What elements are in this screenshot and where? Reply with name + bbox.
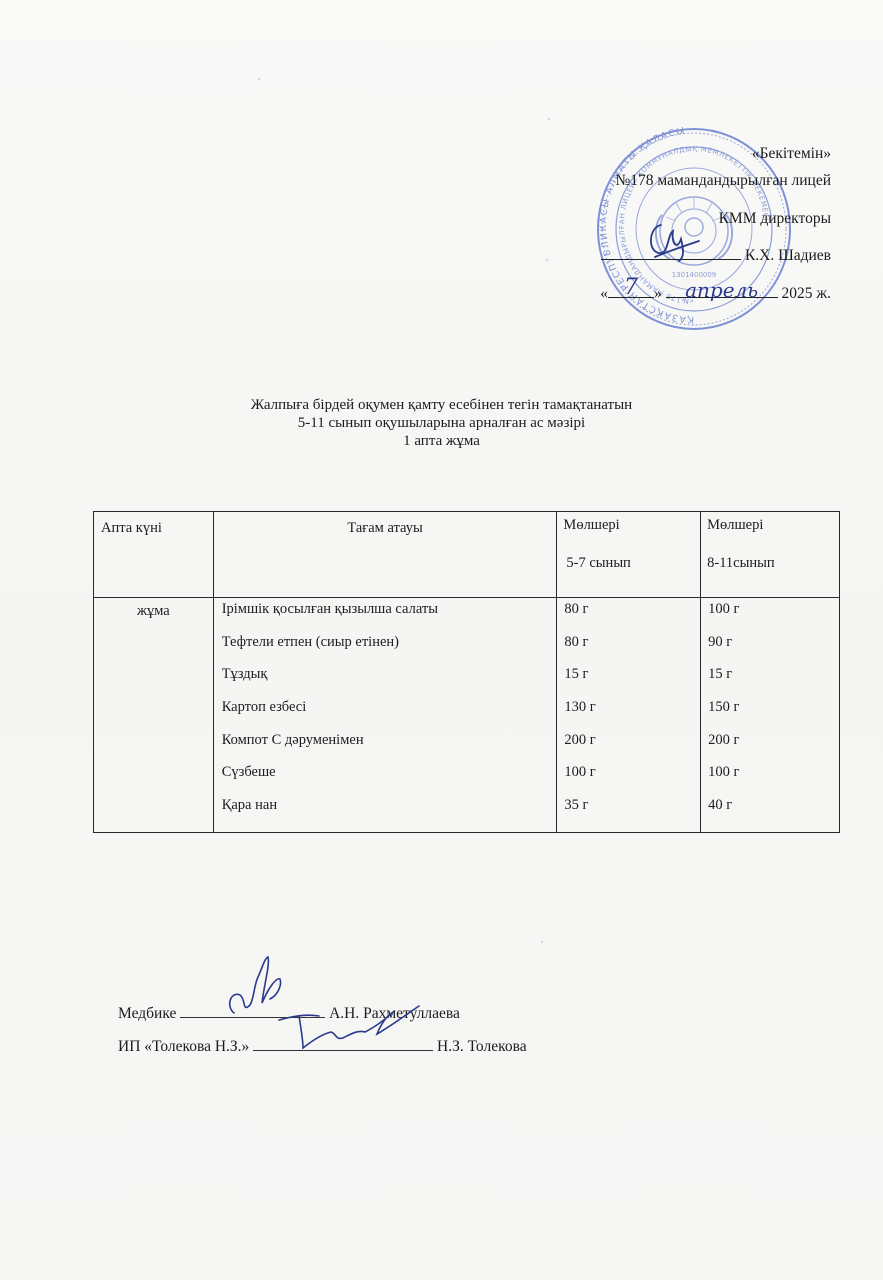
qty-5-7-value: 100 г	[557, 761, 700, 794]
director-name: К.Х. Шадиев	[745, 247, 831, 264]
table-header-row: Апта күні Тағам атауы Мөлшері 5-7 сынып …	[94, 512, 840, 598]
signature-blank	[601, 245, 741, 260]
institution-name: №178 мамандандырылған лицей	[615, 173, 831, 189]
dish-list: Ірімшік қосылған қызылша салатыТефтели е…	[213, 598, 557, 833]
supplier-signature-row: ИП «Толекова Н.З.» Н.З. Толекова	[118, 1036, 527, 1056]
dish-name: Сүзбеше	[214, 761, 557, 794]
scan-speck	[541, 941, 543, 943]
date-day-handwritten: 7	[624, 277, 638, 299]
qty-5-7-list: 80 г80 г15 г130 г200 г100 г35 г	[557, 598, 701, 833]
scan-speck	[548, 118, 550, 120]
date-month-blank: апрель	[666, 283, 778, 298]
supplier-signature-blank	[253, 1036, 433, 1051]
dish-name: Компот С дәруменімен	[214, 729, 557, 762]
qty-5-7-value: 35 г	[557, 794, 700, 827]
approval-date: «7» апрель 2025 ж.	[600, 283, 831, 302]
qty-8-11-value: 150 г	[701, 696, 839, 729]
header-qty-5-7: Мөлшері 5-7 сынып	[557, 512, 701, 598]
qty-8-11-value: 40 г	[701, 794, 839, 827]
dish-name: Қара нан	[214, 794, 557, 827]
dish-name: Картоп езбесі	[214, 696, 557, 729]
dish-name: Тефтели етпен (сиыр етінен)	[214, 631, 557, 664]
header-qty-8-11-sub: 8-11сынып	[707, 556, 839, 571]
nurse-label: Медбике	[118, 1005, 176, 1022]
qty-5-7-value: 200 г	[557, 729, 700, 762]
qty-8-11-list: 100 г90 г15 г150 г200 г100 г40 г	[701, 598, 840, 833]
day-cell: жұма	[94, 598, 214, 833]
qty-5-7-value: 80 г	[557, 598, 700, 631]
document-title: Жалпыға бірдей оқумен қамту есебінен тег…	[0, 396, 883, 450]
dish-name: Тұздық	[214, 663, 557, 696]
dish-name: Ірімшік қосылған қызылша салаты	[214, 598, 557, 631]
supplier-signature-icon	[273, 1000, 423, 1052]
director-position: КММ директоры	[719, 211, 831, 227]
header-qty-5-7-title: Мөлшері	[563, 517, 619, 533]
date-day-blank: 7	[608, 283, 654, 298]
title-line-3: 1 апта жұма	[0, 432, 883, 450]
table-body-row: жұма Ірімшік қосылған қызылша салатыТефт…	[94, 598, 840, 833]
qty-8-11-value: 90 г	[701, 631, 839, 664]
scan-speck	[258, 78, 260, 80]
date-quote-close: »	[654, 285, 662, 302]
title-line-2: 5-11 сынып оқушыларына арналған ас мәзір…	[0, 414, 883, 432]
supplier-name: Н.З. Толекова	[437, 1038, 527, 1055]
header-qty-8-11-title: Мөлшері	[707, 517, 763, 533]
approve-label: «Бекітемін»	[752, 146, 831, 162]
menu-table: Апта күні Тағам атауы Мөлшері 5-7 сынып …	[93, 511, 840, 833]
qty-5-7-value: 15 г	[557, 663, 700, 696]
qty-5-7-value: 80 г	[557, 631, 700, 664]
qty-8-11-value: 100 г	[701, 761, 839, 794]
date-year: 2025 ж.	[782, 285, 831, 302]
header-day: Апта күні	[94, 512, 214, 598]
director-signature-line: К.Х. Шадиев	[601, 245, 831, 264]
header-qty-8-11: Мөлшері 8-11сынып	[701, 512, 840, 598]
supplier-label: ИП «Толекова Н.З.»	[118, 1038, 249, 1055]
date-quote-open: «	[600, 285, 608, 302]
qty-8-11-value: 15 г	[701, 663, 839, 696]
date-month-handwritten: апрель	[685, 280, 758, 300]
title-line-1: Жалпыға бірдей оқумен қамту есебінен тег…	[0, 396, 883, 414]
director-signature-icon	[641, 217, 701, 263]
scan-speck	[546, 259, 548, 261]
header-qty-5-7-sub: 5-7 сынып	[563, 556, 700, 571]
qty-8-11-value: 100 г	[701, 598, 839, 631]
header-dish: Тағам атауы	[213, 512, 557, 598]
qty-8-11-value: 200 г	[701, 729, 839, 762]
qty-5-7-value: 130 г	[557, 696, 700, 729]
